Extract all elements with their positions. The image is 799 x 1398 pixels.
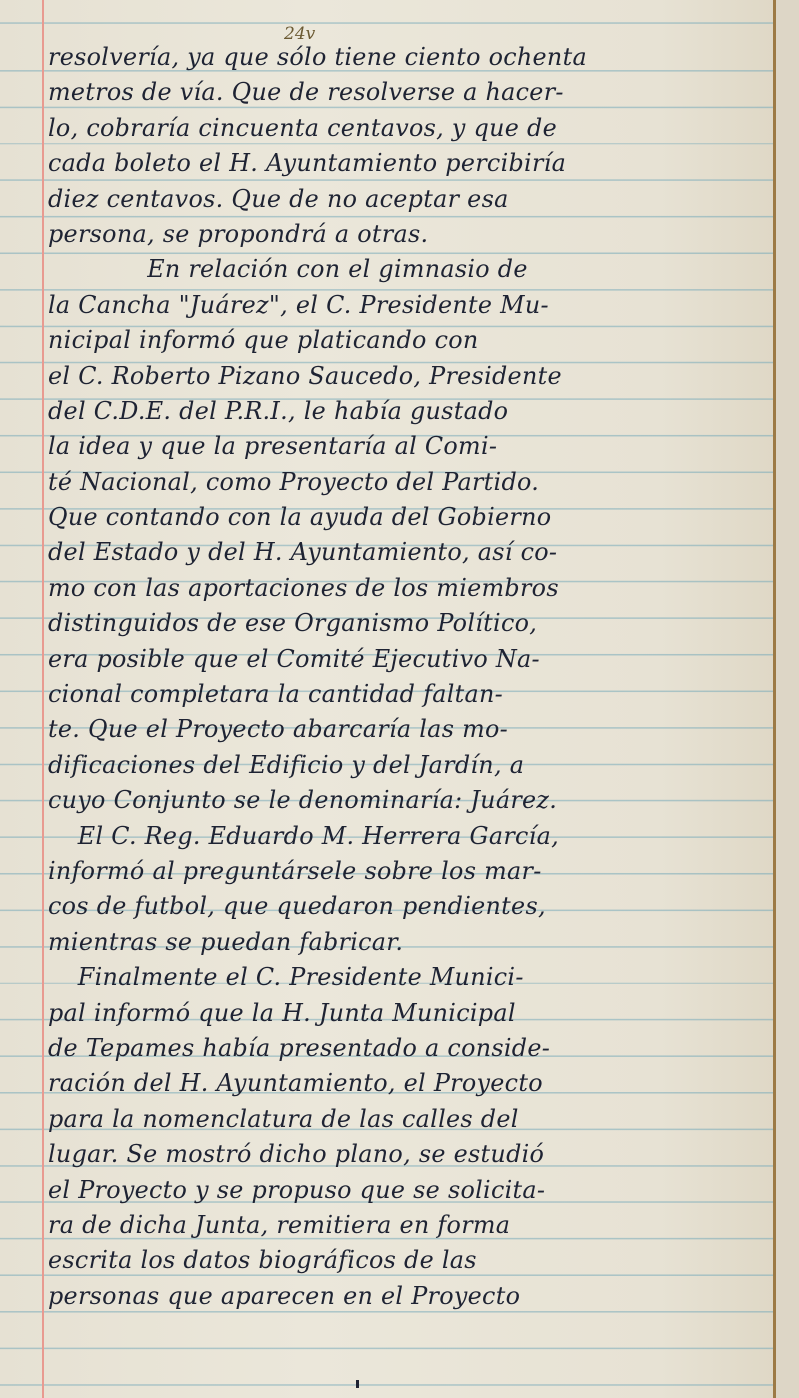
manuscript-line: té Nacional, como Proyecto del Partido. bbox=[48, 465, 763, 500]
manuscript-line: ra de dicha Junta, remitiera en forma bbox=[48, 1208, 763, 1243]
manuscript-line: persona, se propondrá a otras. bbox=[48, 217, 763, 252]
manuscript-line: te. Que el Proyecto abarcaría las mo- bbox=[48, 712, 763, 747]
handwritten-text: resolvería, ya que sólo tiene ciento och… bbox=[48, 40, 768, 1314]
manuscript-line: distinguidos de ese Organismo Político, bbox=[48, 606, 763, 641]
manuscript-line: escrita los datos biográficos de las bbox=[48, 1243, 763, 1278]
manuscript-line: la Cancha "Juárez", el C. Presidente Mu- bbox=[48, 288, 763, 323]
manuscript-line: cional completara la cantidad faltan- bbox=[48, 677, 763, 712]
manuscript-line: del C.D.E. del P.R.I., le había gustado bbox=[48, 394, 763, 429]
manuscript-line: Finalmente el C. Presidente Munici- bbox=[48, 960, 763, 995]
manuscript-line: En relación con el gimnasio de bbox=[48, 252, 762, 287]
manuscript-line: para la nomenclatura de las calles del bbox=[48, 1102, 763, 1137]
manuscript-line: mientras se puedan fabricar. bbox=[48, 925, 763, 960]
manuscript-line: Que contando con la ayuda del Gobierno bbox=[48, 500, 763, 535]
manuscript-line: cada boleto el H. Ayuntamiento percibirí… bbox=[48, 146, 763, 181]
manuscript-line: ración del H. Ayuntamiento, el Proyecto bbox=[48, 1066, 763, 1101]
manuscript-line: dificaciones del Edificio y del Jardín, … bbox=[48, 748, 763, 783]
manuscript-line: metros de vía. Que de resolverse a hacer… bbox=[48, 75, 763, 110]
manuscript-line: de Tepames había presentado a conside- bbox=[48, 1031, 763, 1066]
manuscript-line: pal informó que la H. Junta Municipal bbox=[48, 996, 763, 1031]
manuscript-line: el C. Roberto Pizano Saucedo, Presidente bbox=[48, 359, 763, 394]
manuscript-line: nicipal informó que platicando con bbox=[48, 323, 763, 358]
manuscript-line: la idea y que la presentaría al Comi- bbox=[48, 429, 763, 464]
manuscript-line: diez centavos. Que de no aceptar esa bbox=[48, 182, 763, 217]
manuscript-line: El C. Reg. Eduardo M. Herrera García, bbox=[48, 819, 763, 854]
manuscript-line: informó al preguntársele sobre los mar- bbox=[48, 854, 763, 889]
manuscript-line: era posible que el Comité Ejecutivo Na- bbox=[48, 642, 763, 677]
manuscript-line: del Estado y del H. Ayuntamiento, así co… bbox=[48, 535, 763, 570]
manuscript-line: cuyo Conjunto se le denominaría: Juárez. bbox=[48, 783, 763, 818]
manuscript-line: cos de futbol, que quedaron pendientes, bbox=[48, 889, 763, 924]
manuscript-line: mo con las aportaciones de los miembros bbox=[48, 571, 763, 606]
notebook-page: 24v resolvería, ya que sólo tiene ciento… bbox=[0, 0, 775, 1398]
manuscript-line: el Proyecto y se propuso que se solicita… bbox=[48, 1173, 763, 1208]
manuscript-line: personas que aparecen en el Proyecto bbox=[48, 1279, 763, 1314]
margin-line bbox=[42, 0, 44, 1398]
manuscript-line: lugar. Se mostró dicho plano, se estudió bbox=[48, 1137, 763, 1172]
ink-mark bbox=[356, 1380, 359, 1388]
adjacent-page bbox=[776, 0, 799, 1398]
manuscript-line: lo, cobraría cincuenta centavos, y que d… bbox=[48, 111, 763, 146]
manuscript-line: resolvería, ya que sólo tiene ciento och… bbox=[48, 40, 763, 75]
